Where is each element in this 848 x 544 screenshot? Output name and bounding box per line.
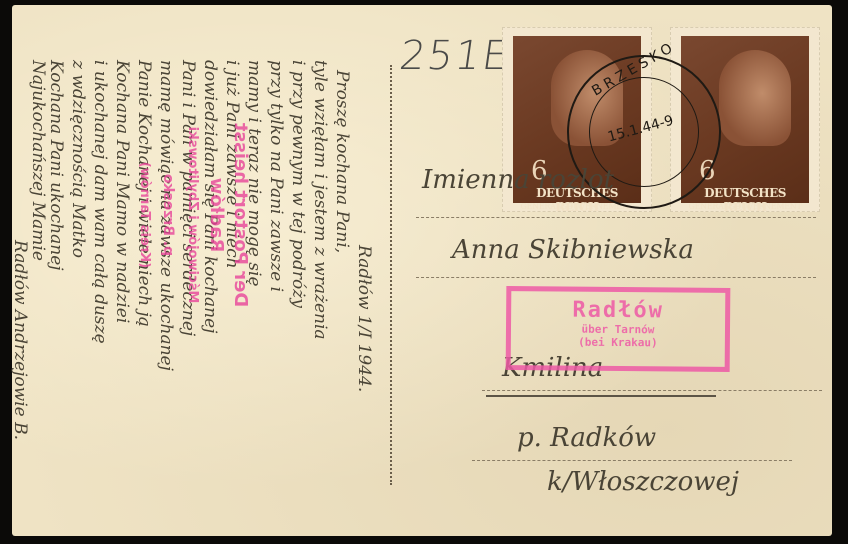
center-divider [390, 65, 392, 485]
salutation: Proszę kochana Pani, [332, 70, 352, 253]
dateline: Radłów 1/I 1944. [354, 245, 374, 392]
address-line-1: Imienna rozlot [422, 165, 614, 195]
reference-code: 251E [397, 33, 513, 79]
address-line [482, 390, 822, 391]
address-line [472, 460, 792, 461]
address-line [416, 217, 816, 218]
address-recipient: Anna Skibniewska [452, 235, 694, 265]
underline [486, 395, 716, 397]
address-county: k/Włoszczowej [547, 467, 739, 497]
postcard: 251E 6 DEUTSCHES REICH GENERALGOUVERNEME… [12, 5, 832, 536]
address-post: p. Radków [517, 423, 656, 453]
mirrored-postmark-offset: Der Postort heisst Radłów Mściwojów i Zb… [132, 95, 252, 335]
portrait-icon [719, 50, 791, 146]
censor-stamp: Radłów über Tarnów (bei Krakau) [506, 286, 731, 372]
address-line [416, 277, 816, 278]
